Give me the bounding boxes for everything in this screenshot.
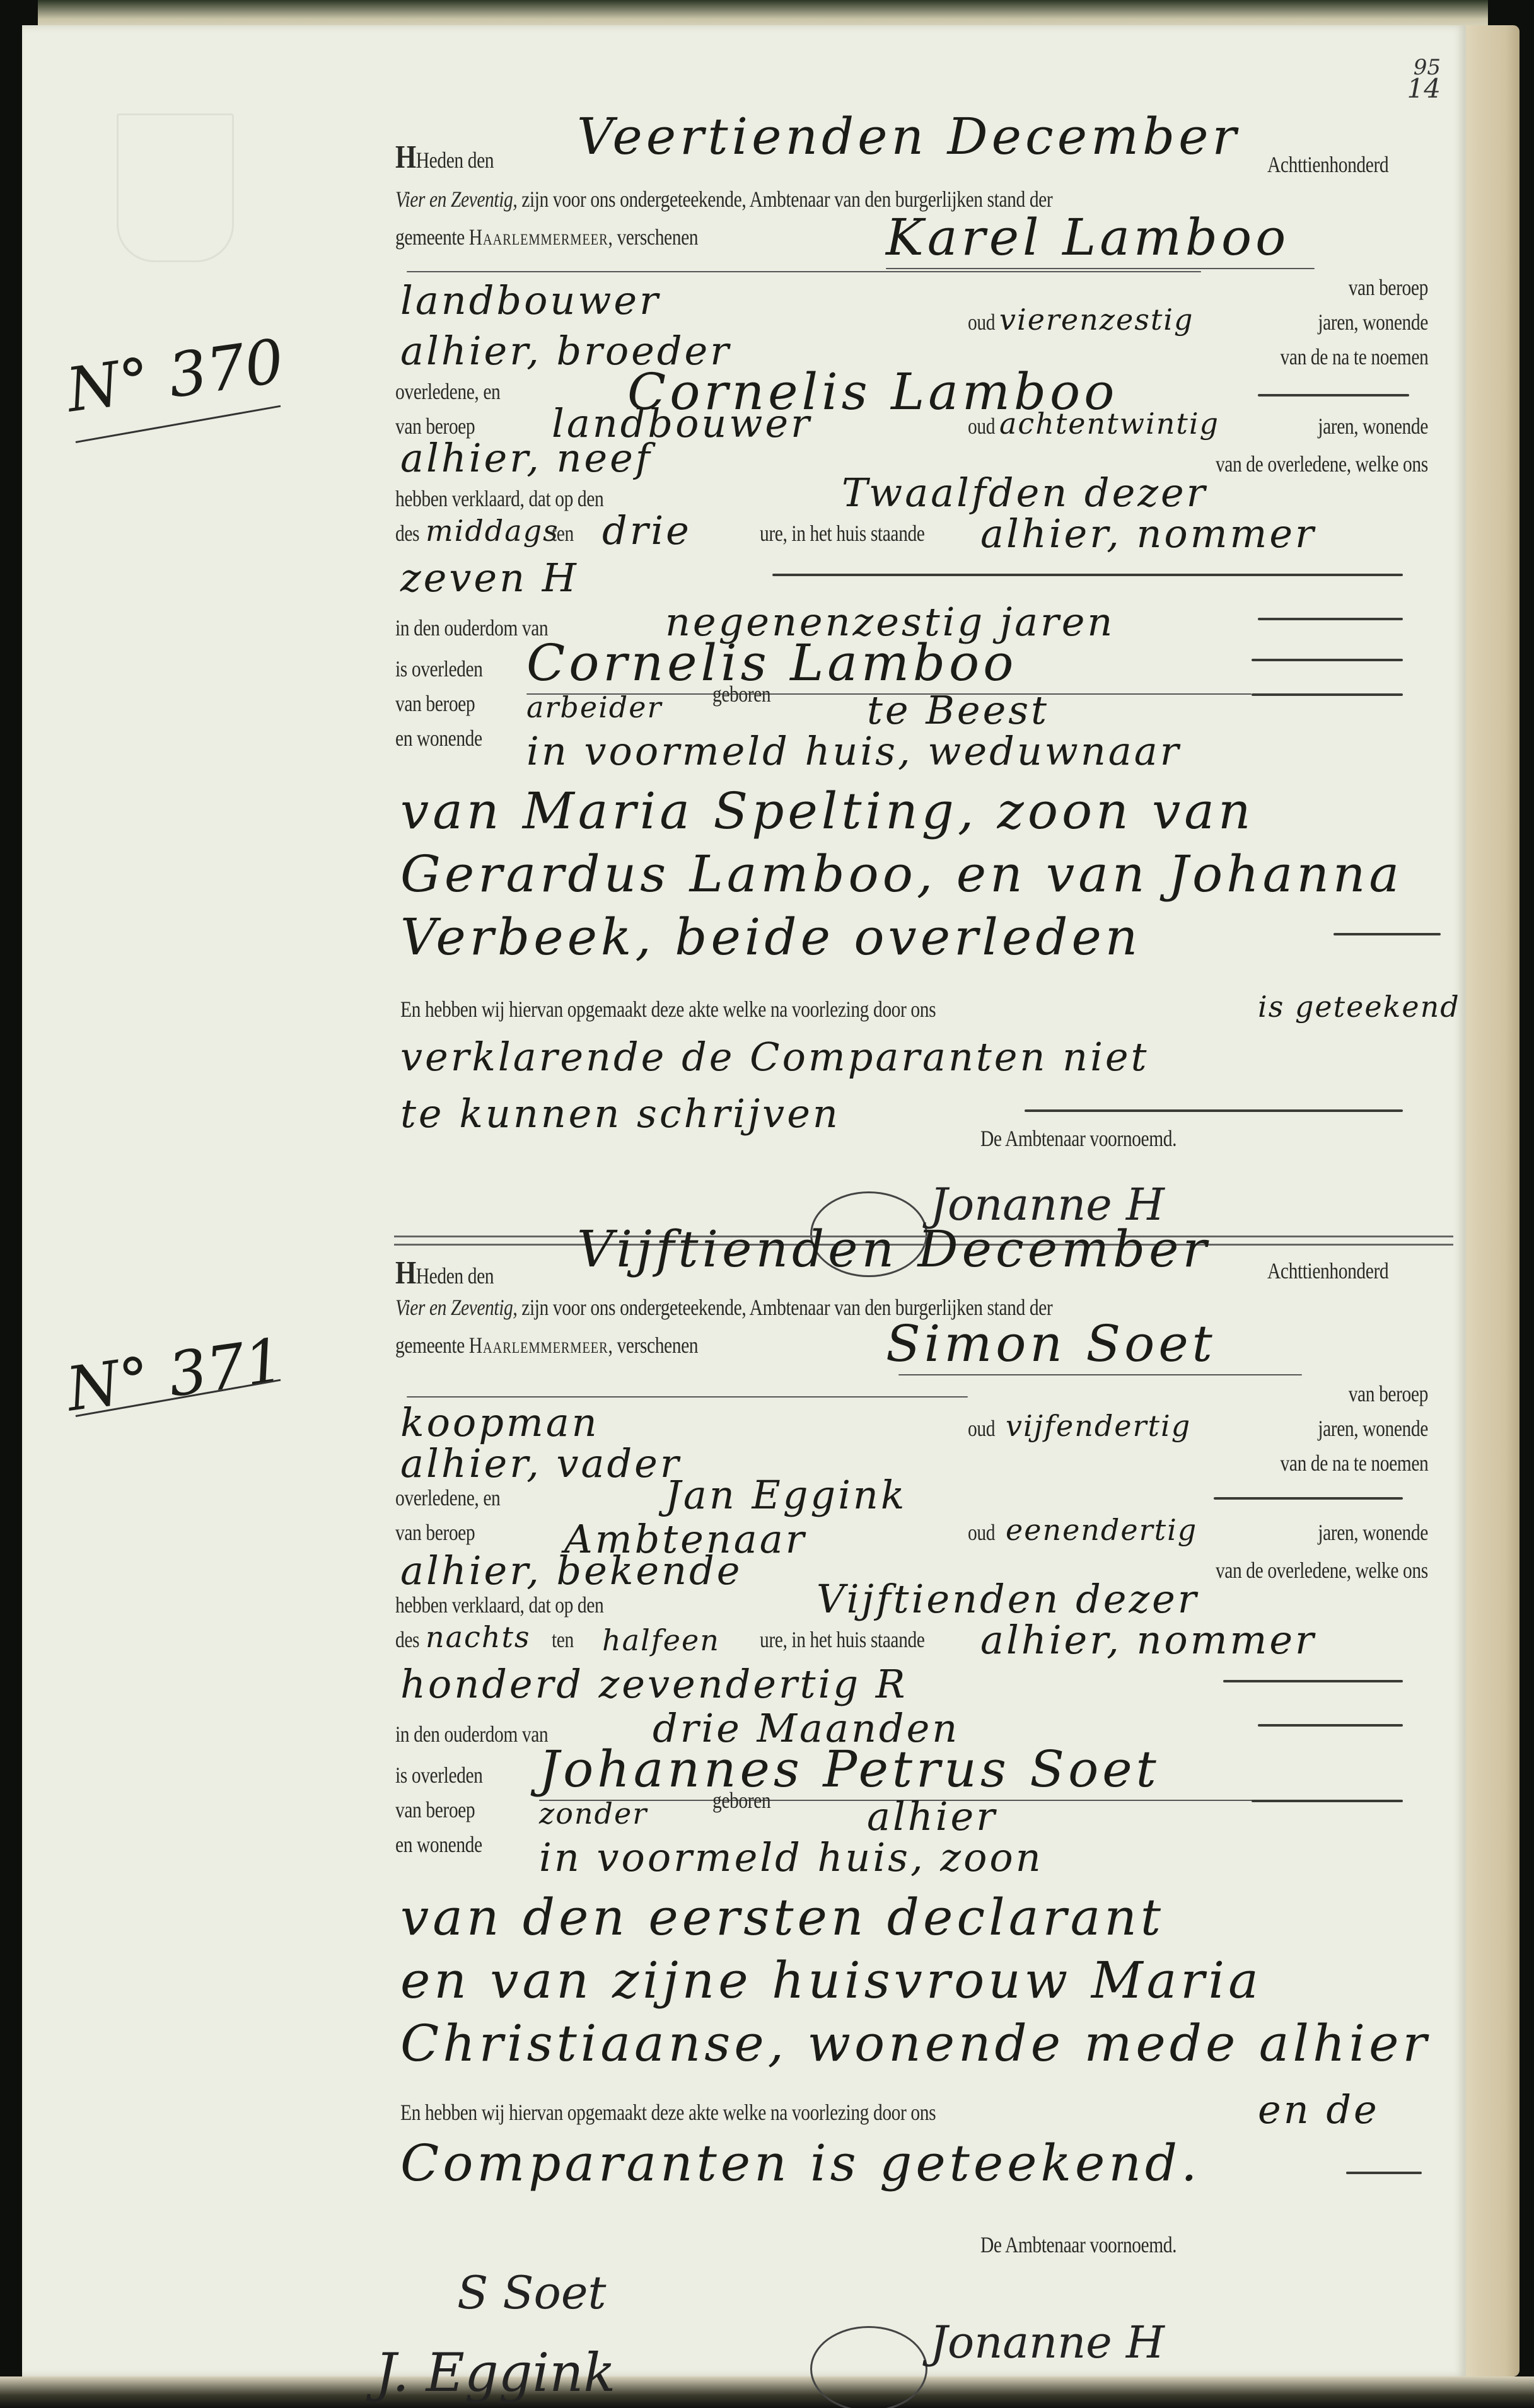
label-van-de-overledene: van de overledene, welke ons: [1216, 1557, 1428, 1583]
blank-line: [1223, 1680, 1403, 1682]
label-gemeente: gemeente Haarlemmermeer, verschenen: [395, 1332, 698, 1358]
hour: drie: [602, 507, 692, 553]
closing-hand-2: verklarende de Comparanten niet: [400, 1034, 1149, 1080]
label-van-beroep: van beroep: [395, 1519, 475, 1546]
label-en-wonende: en wonende: [395, 725, 482, 751]
deceased-occupation: arbeider: [526, 690, 662, 724]
label-is-overleden: is overleden: [395, 656, 483, 682]
label-ure-huis: ure, in het huis staande: [760, 520, 925, 547]
label-van-beroep: van beroep: [395, 1797, 475, 1823]
label-overledene-en: overledene, en: [395, 1485, 500, 1511]
label-jaren-wonende: jaren, wonende: [1318, 309, 1428, 335]
declarant-2-name: Jan Eggink: [665, 1472, 907, 1518]
label-van-de-overledene: van de overledene, welke ons: [1216, 451, 1428, 477]
witness-signature-2: J. Eggink: [375, 2342, 615, 2404]
label-jaren-wonende: jaren, wonende: [1318, 1415, 1428, 1442]
register-page: 95 14 N° 370 HHeden den Veertienden Dece…: [22, 25, 1466, 2376]
blank-line: [772, 574, 1403, 576]
signature-flourish: [810, 2326, 927, 2408]
blank-line: [1258, 394, 1409, 397]
declarant-1-occupation: koopman: [400, 1399, 600, 1445]
label-van-beroep: van beroep: [1349, 274, 1428, 301]
label-oud: oud: [968, 413, 995, 439]
closing-sentence: En hebben wij hiervan opgemaakt deze akt…: [400, 996, 936, 1022]
date-field: Veertienden December: [577, 107, 1240, 166]
label-achttienhonderd: Achttienhonderd: [1267, 151, 1388, 178]
time-of-day: nachts: [426, 1620, 531, 1654]
label-jaren-wonende: jaren, wonende: [1318, 1519, 1428, 1546]
label-heden-den: HHeden den: [395, 139, 494, 176]
official-signature: Jonanne H: [930, 2317, 1165, 2368]
act-number: N° 371: [62, 1324, 288, 1425]
deceased-name: Johannes Petrus Soet: [539, 1740, 1160, 1798]
birthplace: te Beest: [867, 687, 1049, 733]
blank-line: [407, 1396, 968, 1398]
label-ouderdom: in den ouderdom van: [395, 1721, 548, 1747]
residence-line-1: in voormeld huis, zoon: [539, 1834, 1043, 1880]
declarant-2-age: eenendertig: [1006, 1513, 1197, 1547]
blank-line: [407, 271, 1201, 272]
label-en-wonende: en wonende: [395, 1831, 482, 1858]
label-oud: oud: [968, 309, 995, 335]
residence-line-4: Christiaanse, wonende mede alhier: [400, 2014, 1431, 2073]
label-ambtenaar-voornoemd: De Ambtenaar voornoemd.: [980, 1125, 1177, 1152]
label-geboren: geboren: [712, 1787, 770, 1814]
house-number: zeven H: [400, 555, 579, 601]
residence-line-4: Verbeek, beide overleden: [400, 908, 1141, 966]
blank-line: [1252, 659, 1403, 661]
residence-line-1: in voormeld huis, weduwnaar: [526, 728, 1181, 774]
closing-sentence: En hebben wij hiervan opgemaakt deze akt…: [400, 2099, 936, 2126]
residence-line-3: en van zijne huisvrouw Maria: [400, 1951, 1262, 2010]
death-date: Twaalfden dezer: [842, 470, 1207, 516]
label-ure-huis: ure, in het huis staande: [760, 1626, 925, 1653]
blank-line: [1258, 618, 1403, 620]
declarant-1-name: Simon Soet: [886, 1314, 1216, 1373]
declarant-2-age: achtentwintig: [999, 407, 1219, 441]
blank-line: [1214, 1497, 1403, 1500]
label-overledene-en: overledene, en: [395, 378, 500, 405]
death-date: Vijftienden dezer: [816, 1576, 1199, 1622]
blank-line: [1252, 693, 1403, 696]
label-van-beroep: van beroep: [395, 690, 475, 717]
declarant-1-relation: alhier, vader: [400, 1440, 682, 1486]
birthplace: alhier: [867, 1793, 997, 1839]
closing-hand-1: is geteekend: [1258, 990, 1460, 1024]
blank-line: [1025, 1109, 1403, 1112]
deceased-occupation: zonder: [539, 1797, 648, 1831]
label-hebben-verklaard: hebben verklaard, dat op den: [395, 485, 603, 512]
deceased-name: Cornelis Lamboo: [526, 634, 1017, 692]
label-na-te-noemen: van de na te noemen: [1280, 1450, 1428, 1476]
house-location: alhier, nommer: [980, 1617, 1316, 1663]
declarant-2-relation: alhier, neef: [400, 435, 653, 481]
residence-line-2: van Maria Spelting, zoon van: [400, 782, 1255, 840]
coat-of-arms-watermark-icon: [117, 113, 234, 262]
label-hebben-verklaard: hebben verklaard, dat op den: [395, 1592, 603, 1618]
blank-line: [1258, 1724, 1403, 1727]
declarant-1-age: vierenzestig: [999, 303, 1194, 337]
name-underline: [886, 268, 1315, 269]
closing-hand-1: en de: [1258, 2087, 1380, 2133]
label-heden-den: HHeden den: [395, 1254, 494, 1292]
label-des: des: [395, 520, 419, 547]
blank-line: [1334, 933, 1441, 935]
closing-hand-3: te kunnen schrijven: [400, 1091, 840, 1137]
house-location: alhier, nommer: [980, 511, 1316, 557]
residence-line-3: Gerardus Lamboo, en van Johanna: [400, 845, 1403, 903]
label-ten: ten: [552, 1626, 574, 1653]
blank-line: [1252, 1800, 1403, 1802]
label-gemeente: gemeente Haarlemmermeer, verschenen: [395, 224, 698, 250]
label-ten: ten: [552, 520, 574, 547]
house-number: honderd zevendertig R: [400, 1661, 907, 1707]
label-jaren-wonende: jaren, wonende: [1318, 413, 1428, 439]
closing-hand-2: Comparanten is geteekend.: [400, 2134, 1201, 2192]
label-oud: oud: [968, 1519, 995, 1546]
page-number: 95 14: [1407, 57, 1441, 100]
blank-line: [1346, 2172, 1422, 2174]
hour: halfeen: [602, 1623, 720, 1657]
declarant-1-occupation: landbouwer: [400, 277, 661, 323]
label-des: des: [395, 1626, 419, 1653]
label-van-beroep: van beroep: [1349, 1381, 1428, 1407]
time-of-day: middags: [426, 514, 559, 548]
label-ambtenaar-voornoemd: De Ambtenaar voornoemd.: [980, 2231, 1177, 2258]
label-is-overleden: is overleden: [395, 1762, 483, 1788]
date-field: Vijftienden December: [577, 1220, 1211, 1278]
book-bottom-edge: [0, 2376, 1534, 2408]
residence-line-2: van den eersten declarant: [400, 1888, 1165, 1947]
declarant-2-relation: alhier, bekende: [400, 1548, 742, 1594]
label-geboren: geboren: [712, 681, 770, 707]
witness-signature-1: S Soet: [457, 2266, 606, 2319]
declarant-1-age: vijfendertig: [1006, 1409, 1191, 1443]
label-ouderdom: in den ouderdom van: [395, 615, 548, 641]
name-underline: [898, 1374, 1302, 1375]
label-achttienhonderd: Achttienhonderd: [1267, 1258, 1388, 1284]
label-oud: oud: [968, 1415, 995, 1442]
label-na-te-noemen: van de na te noemen: [1280, 344, 1428, 370]
declarant-1-name: Karel Lamboo: [886, 208, 1289, 267]
